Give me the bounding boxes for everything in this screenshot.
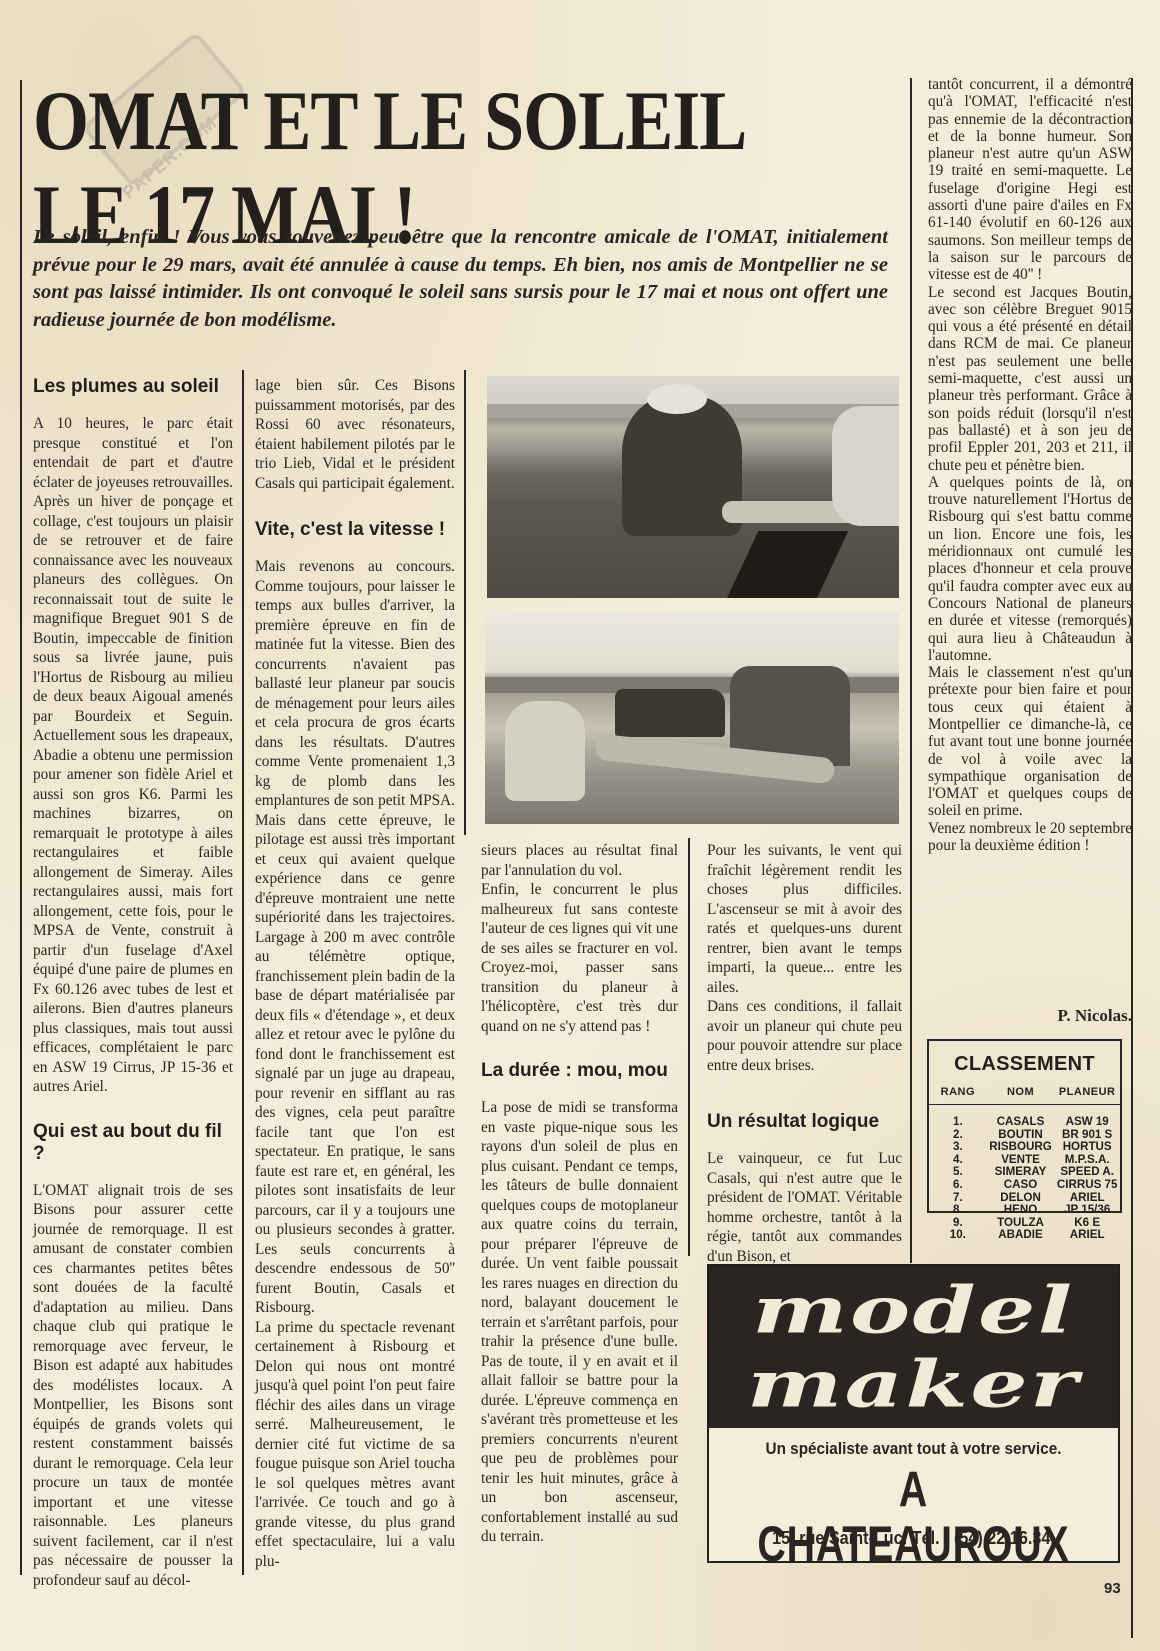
article-lede: Le soleil, enfin ! Vous vous souvenez pe… [33,224,888,334]
column-4: Pour les suivants, le vent qui fraîchit … [707,841,902,1266]
table-row: 10.ABADIEARIEL [929,1229,1120,1242]
rank: 1. [929,1116,987,1129]
header-rang: RANG [929,1086,987,1098]
section-heading-resultat: Un résultat logique [707,1111,902,1133]
classement-title: CLASSEMENT [929,1053,1120,1076]
column-2: lage bien sûr. Ces Bisons puissamment mo… [255,376,455,1571]
ad-logo-banner: model maker [709,1266,1118,1428]
left-column-rule [20,370,22,1575]
photo-field-spectators [485,611,899,824]
model-maker-advertisement: model maker Un spécialiste avant tout à … [707,1264,1120,1563]
ad-tagline: Un spécialiste avant tout à votre servic… [729,1439,1097,1459]
ad-logo-maker: maker [658,1348,1160,1420]
glider: HORTUS [1054,1141,1120,1154]
column-rule-1 [242,370,244,1575]
column-rule-2 [464,370,466,835]
paragraph: A 10 heures, le parc était presque const… [33,414,233,1097]
rank: 3. [929,1141,987,1154]
paragraph: Mais le classement n'est qu'un prétexte … [928,664,1132,820]
photo-glider-wing [726,531,849,598]
author-byline: P. Nicolas. [928,1006,1132,1026]
paragraph: La prime du spectacle revenant certainem… [255,1318,455,1572]
name: CASALS [987,1116,1055,1129]
column-1: Les plumes au soleil A 10 heures, le par… [33,376,233,1590]
classement-table: CLASSEMENT RANG NOM PLANEUR 1.CASALSASW … [927,1039,1122,1213]
paragraph: Le second est Jacques Boutin, avec son c… [928,284,1132,474]
photo-second-person [832,406,899,526]
section-heading-plumes: Les plumes au soleil [33,376,233,398]
name: RISBOURG [987,1141,1055,1154]
magazine-page: PAPER.COM OMAT ET LE SOLEIL LE 17 MAI ! … [0,0,1160,1651]
section-heading-duree: La durée : mou, mou [481,1060,678,1082]
photo-pilot-crouching [487,376,899,598]
section-heading-bout-du-fil: Qui est au bout du fil ? [33,1121,233,1165]
rank: 6. [929,1179,987,1192]
ad-address: 15, rue Saint-Luc. Tél. : (54) 22.16.34. [729,1528,1097,1549]
page-number: 93 [1104,1580,1121,1597]
paragraph: Enfin, le concurrent le plus malheureux … [481,880,678,1036]
paragraph: sieurs places au résultat final par l'an… [481,841,678,880]
classement-rows: 1.CASALSASW 19 2.BOUTINBR 901 S 3.RISBOU… [929,1116,1120,1242]
paragraph: Venez nombreux le 20 septembre pour la d… [928,820,1132,855]
paragraph: tantôt concurrent, il a démontré qu'à l'… [928,76,1132,284]
photo-hat [647,384,707,414]
column-3: sieurs places au résultat final par l'an… [481,841,678,1547]
classement-header-row: RANG NOM PLANEUR [929,1086,1120,1105]
paragraph: Le vainqueur, ce fut Luc Casals, qui n'e… [707,1149,902,1266]
table-row: 1.CASALSASW 19 [929,1116,1120,1129]
photo-seated-man [505,701,585,801]
rank: 10. [929,1229,987,1242]
left-margin-rule [20,80,22,370]
sidebar-rule-left [910,78,912,1263]
paragraph: A quelques points de là, on trouve natur… [928,474,1132,664]
table-row: 8.HENOJP 15/36 [929,1204,1120,1217]
rank: 8. [929,1204,987,1217]
paragraph: L'OMAT alignait trois de ses Bisons pour… [33,1181,233,1591]
table-row: 6.CASOCIRRUS 75 [929,1179,1120,1192]
table-row: 3.RISBOURGHORTUS [929,1141,1120,1154]
paragraph: Pour les suivants, le vent qui fraîchit … [707,841,902,997]
paragraph: Mais revenons au concours. Comme toujour… [255,557,455,1318]
header-nom: NOM [987,1086,1055,1098]
column-rule-3 [688,838,690,1256]
column-5: tantôt concurrent, il a démontré qu'à l'… [928,76,1132,854]
paragraph: lage bien sûr. Ces Bisons puissamment mo… [255,376,455,493]
name: CASO [987,1179,1055,1192]
name: HENO [987,1204,1055,1217]
name: ABADIE [987,1229,1055,1242]
ad-city: A CHATEAUROUX [746,1463,1081,1572]
glider: CIRRUS 75 [1054,1179,1120,1192]
glider: JP 15/36 [1054,1204,1120,1217]
title-line-1: OMAT ET LE SOLEIL [33,78,893,172]
paragraph: Dans ces conditions, il fallait avoir un… [707,997,902,1075]
glider: ARIEL [1054,1229,1120,1242]
glider: ASW 19 [1054,1116,1120,1129]
section-heading-vitesse: Vite, c'est la vitesse ! [255,519,455,541]
photo-car [615,689,725,737]
paragraph: La pose de midi se transforma en vaste p… [481,1098,678,1547]
header-planeur: PLANEUR [1054,1086,1120,1098]
ad-logo-model: model [658,1274,1160,1346]
